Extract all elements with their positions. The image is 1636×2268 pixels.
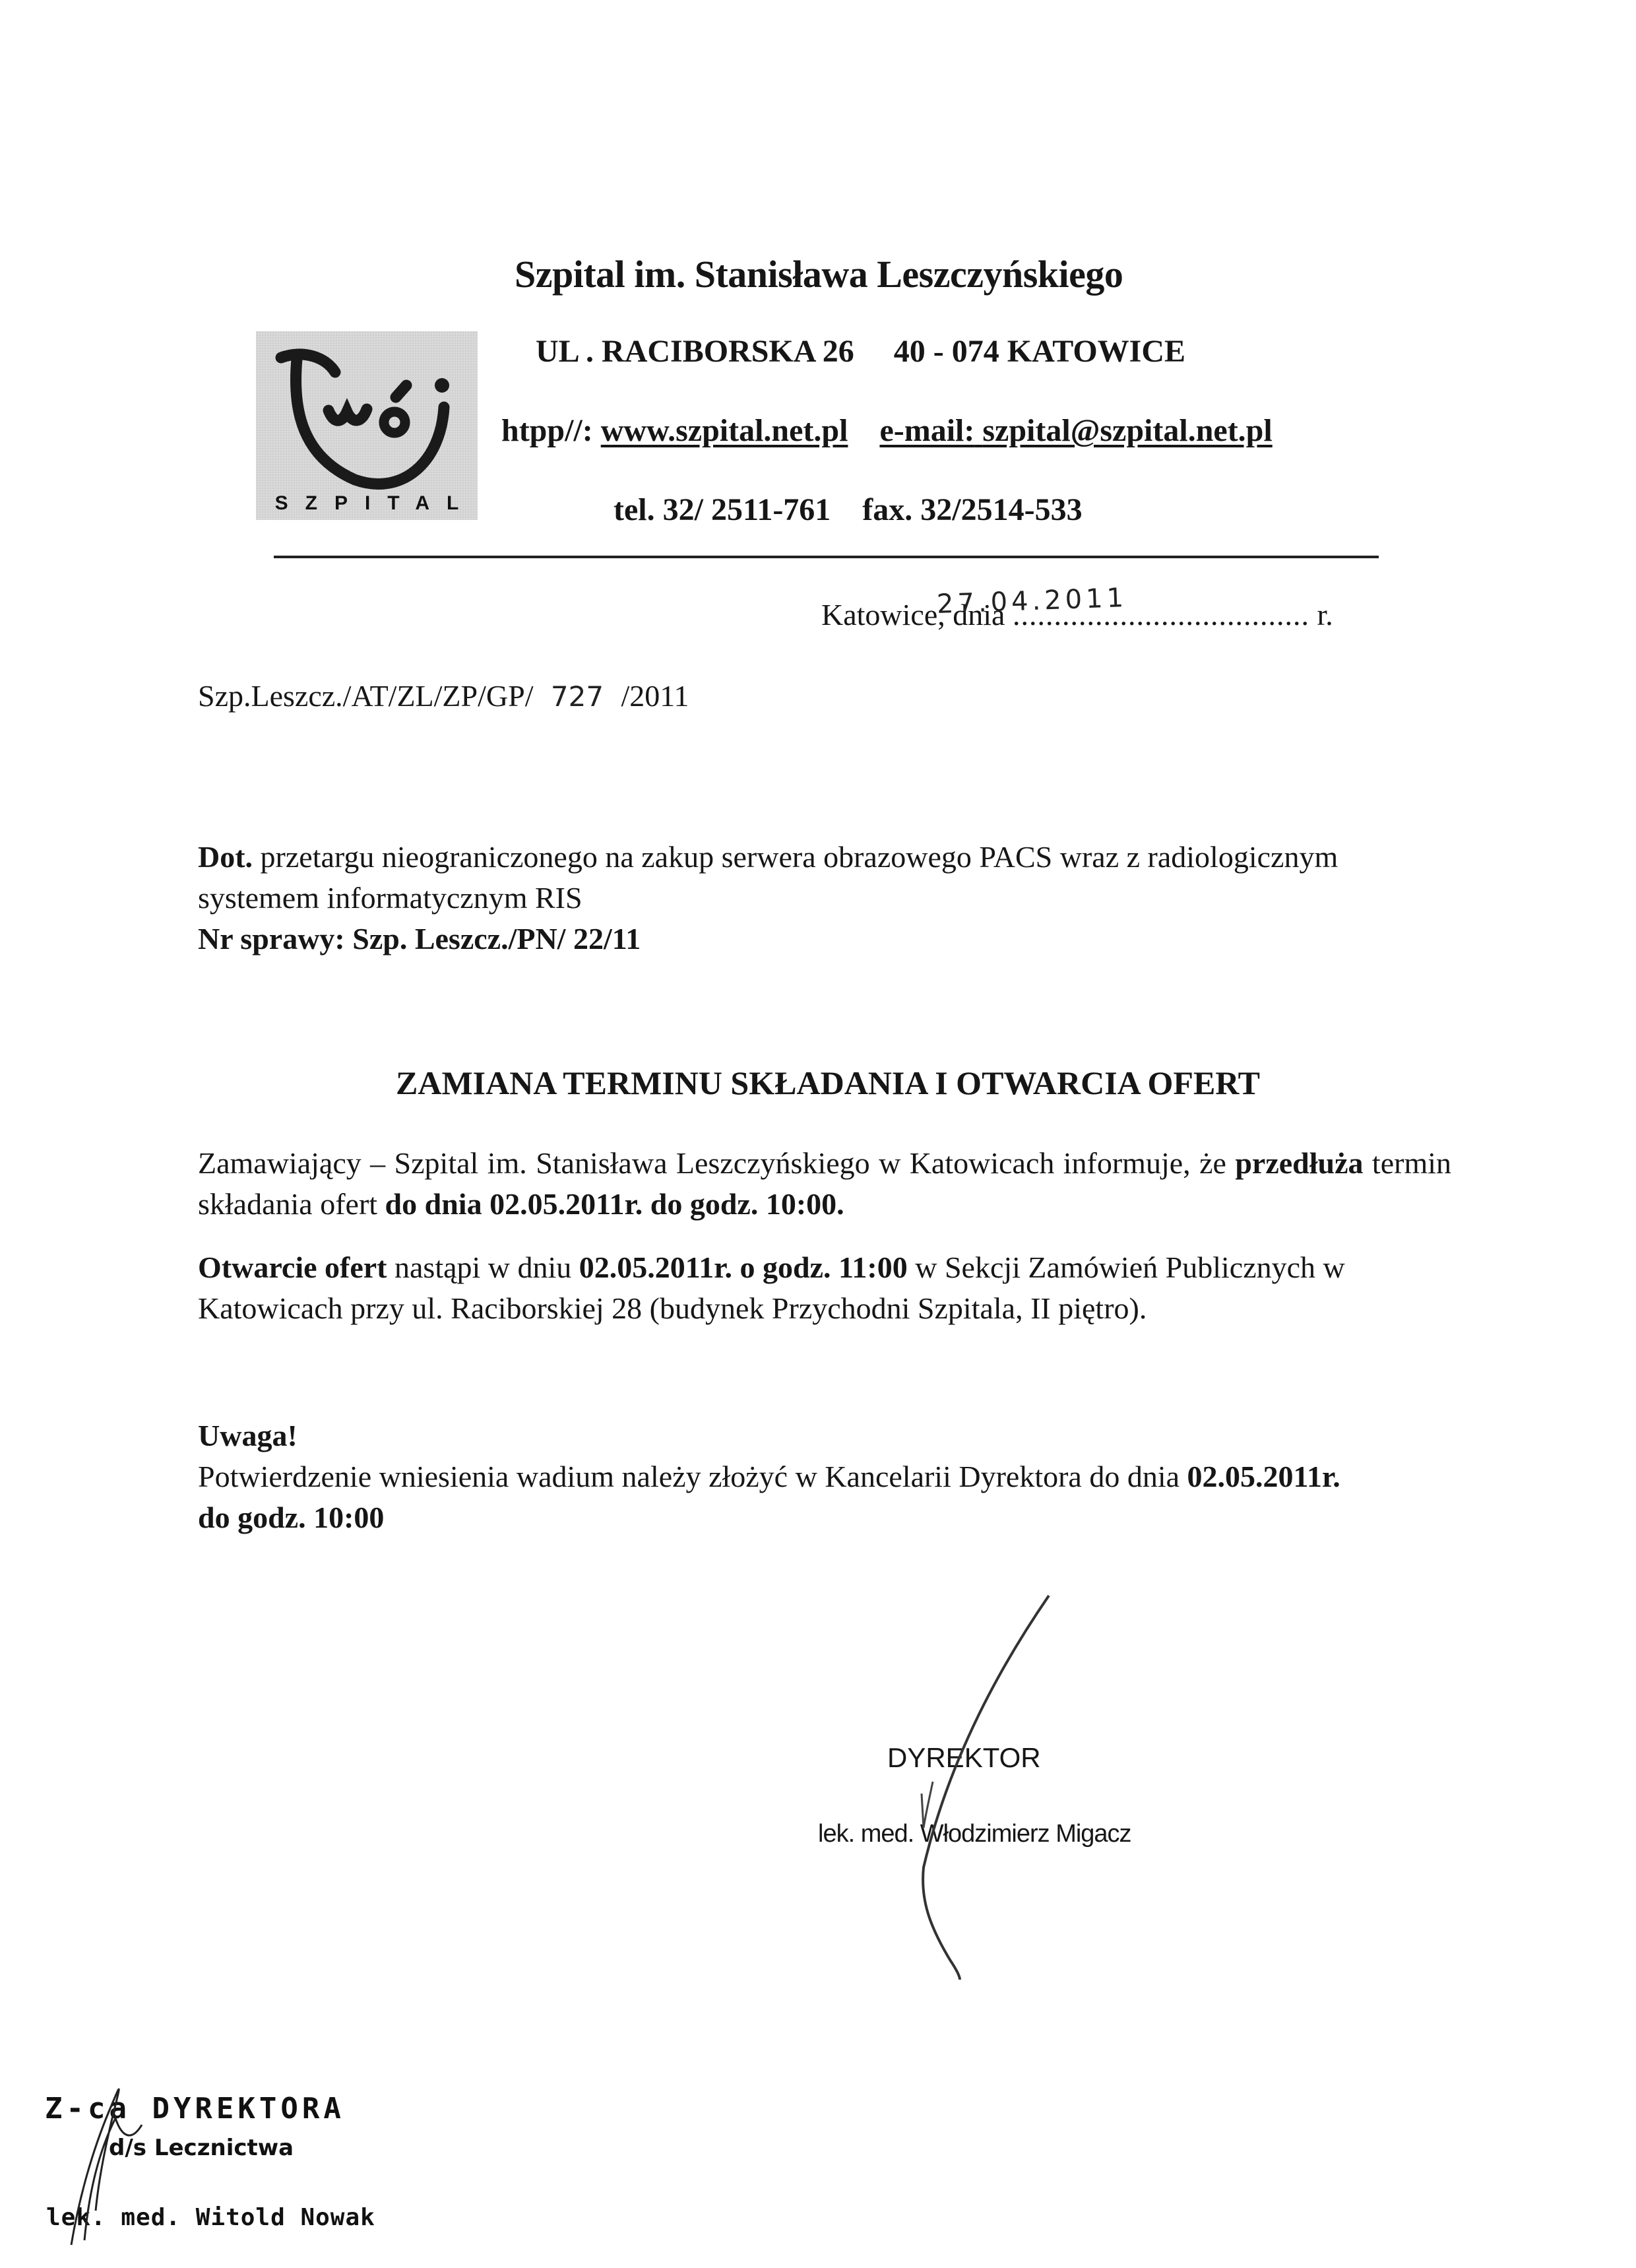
email-link[interactable]: e-mail: szpital@szpital.net.pl xyxy=(879,413,1272,448)
text: nastąpi w dniu xyxy=(387,1250,579,1284)
postal-city: 40 - 074 KATOWICE xyxy=(894,334,1185,369)
opening-paragraph: Otwarcie ofert nastąpi w dniu 02.05.2011… xyxy=(198,1247,1451,1329)
phone-line: tel. 32/ 2511-761 fax. 32/2514-533 xyxy=(613,492,1083,528)
emphasis: przedłuża xyxy=(1235,1146,1363,1180)
stamp-title: Z-ca DYREKTORA xyxy=(45,2092,345,2125)
signatory-name: lek. med. Włodzimierz Migacz xyxy=(818,1820,1131,1848)
institution-name: Szpital im. Stanisława Leszczyńskiego xyxy=(515,252,1123,296)
subject-label: Dot. xyxy=(198,840,253,874)
fax: fax. 32/2514-533 xyxy=(862,492,1082,527)
text: Zamawiający – Szpital im. Stanisława Les… xyxy=(198,1146,1235,1180)
hospital-logo: SZPITAL xyxy=(256,331,478,520)
subject-block: Dot. przetargu nieograniczonego na zakup… xyxy=(198,837,1451,959)
website-link[interactable]: www.szpital.net.pl xyxy=(601,413,848,448)
notice-block: Uwaga! Potwierdzenie wniesienia wadium n… xyxy=(198,1415,1451,1538)
reference-number: Szp.Leszcz./AT/ZL/ZP/GP/ 727 /2011 xyxy=(198,678,689,713)
document-title: ZAMIANA TERMINU SKŁADANIA I OTWARCIA OFE… xyxy=(0,1064,1636,1102)
contact-web-line: htpp//: www.szpital.net.pl e-mail: szpit… xyxy=(501,412,1273,449)
subject-text: przetargu nieograniczonego na zakup serw… xyxy=(198,840,1338,915)
handwritten-ref-number: 727 xyxy=(541,680,613,713)
notice-heading: Uwaga! xyxy=(198,1419,298,1452)
reference-suffix: /2011 xyxy=(621,679,689,713)
text: Potwierdzenie wniesienia wadium należy z… xyxy=(198,1460,1187,1493)
deposit-date: 02.05.2011r. xyxy=(1187,1460,1340,1493)
director-signature-icon xyxy=(923,1596,1049,1980)
signatory-title: DYREKTOR xyxy=(887,1742,1041,1774)
reference-prefix: Szp.Leszcz./AT/ZL/ZP/GP/ xyxy=(198,679,533,713)
header-divider xyxy=(274,556,1379,558)
stamp-department: d/s Lecznictwa xyxy=(109,2135,294,2161)
extension-paragraph: Zamawiający – Szpital im. Stanisława Les… xyxy=(198,1143,1451,1225)
opening-datetime: 02.05.2011r. o godz. 11:00 xyxy=(579,1250,908,1284)
logo-wordmark: SZPITAL xyxy=(256,492,478,515)
case-number: Nr sprawy: Szp. Leszcz./PN/ 22/11 xyxy=(198,922,641,956)
new-deadline: do dnia 02.05.2011r. do godz. 10:00. xyxy=(385,1187,844,1221)
street: UL . RACIBORSKA 26 xyxy=(536,334,854,369)
deposit-time: do godz. 10:00 xyxy=(198,1501,384,1534)
web-prefix: htpp//: xyxy=(501,413,593,448)
year-suffix: r. xyxy=(1317,598,1333,632)
telephone: tel. 32/ 2511-761 xyxy=(613,492,831,527)
address-line: UL . RACIBORSKA 2640 - 074 KATOWICE xyxy=(536,333,1185,370)
emphasis: Otwarcie ofert xyxy=(198,1250,387,1284)
stamp-name: lek. med. Witold Nowak xyxy=(46,2204,375,2231)
